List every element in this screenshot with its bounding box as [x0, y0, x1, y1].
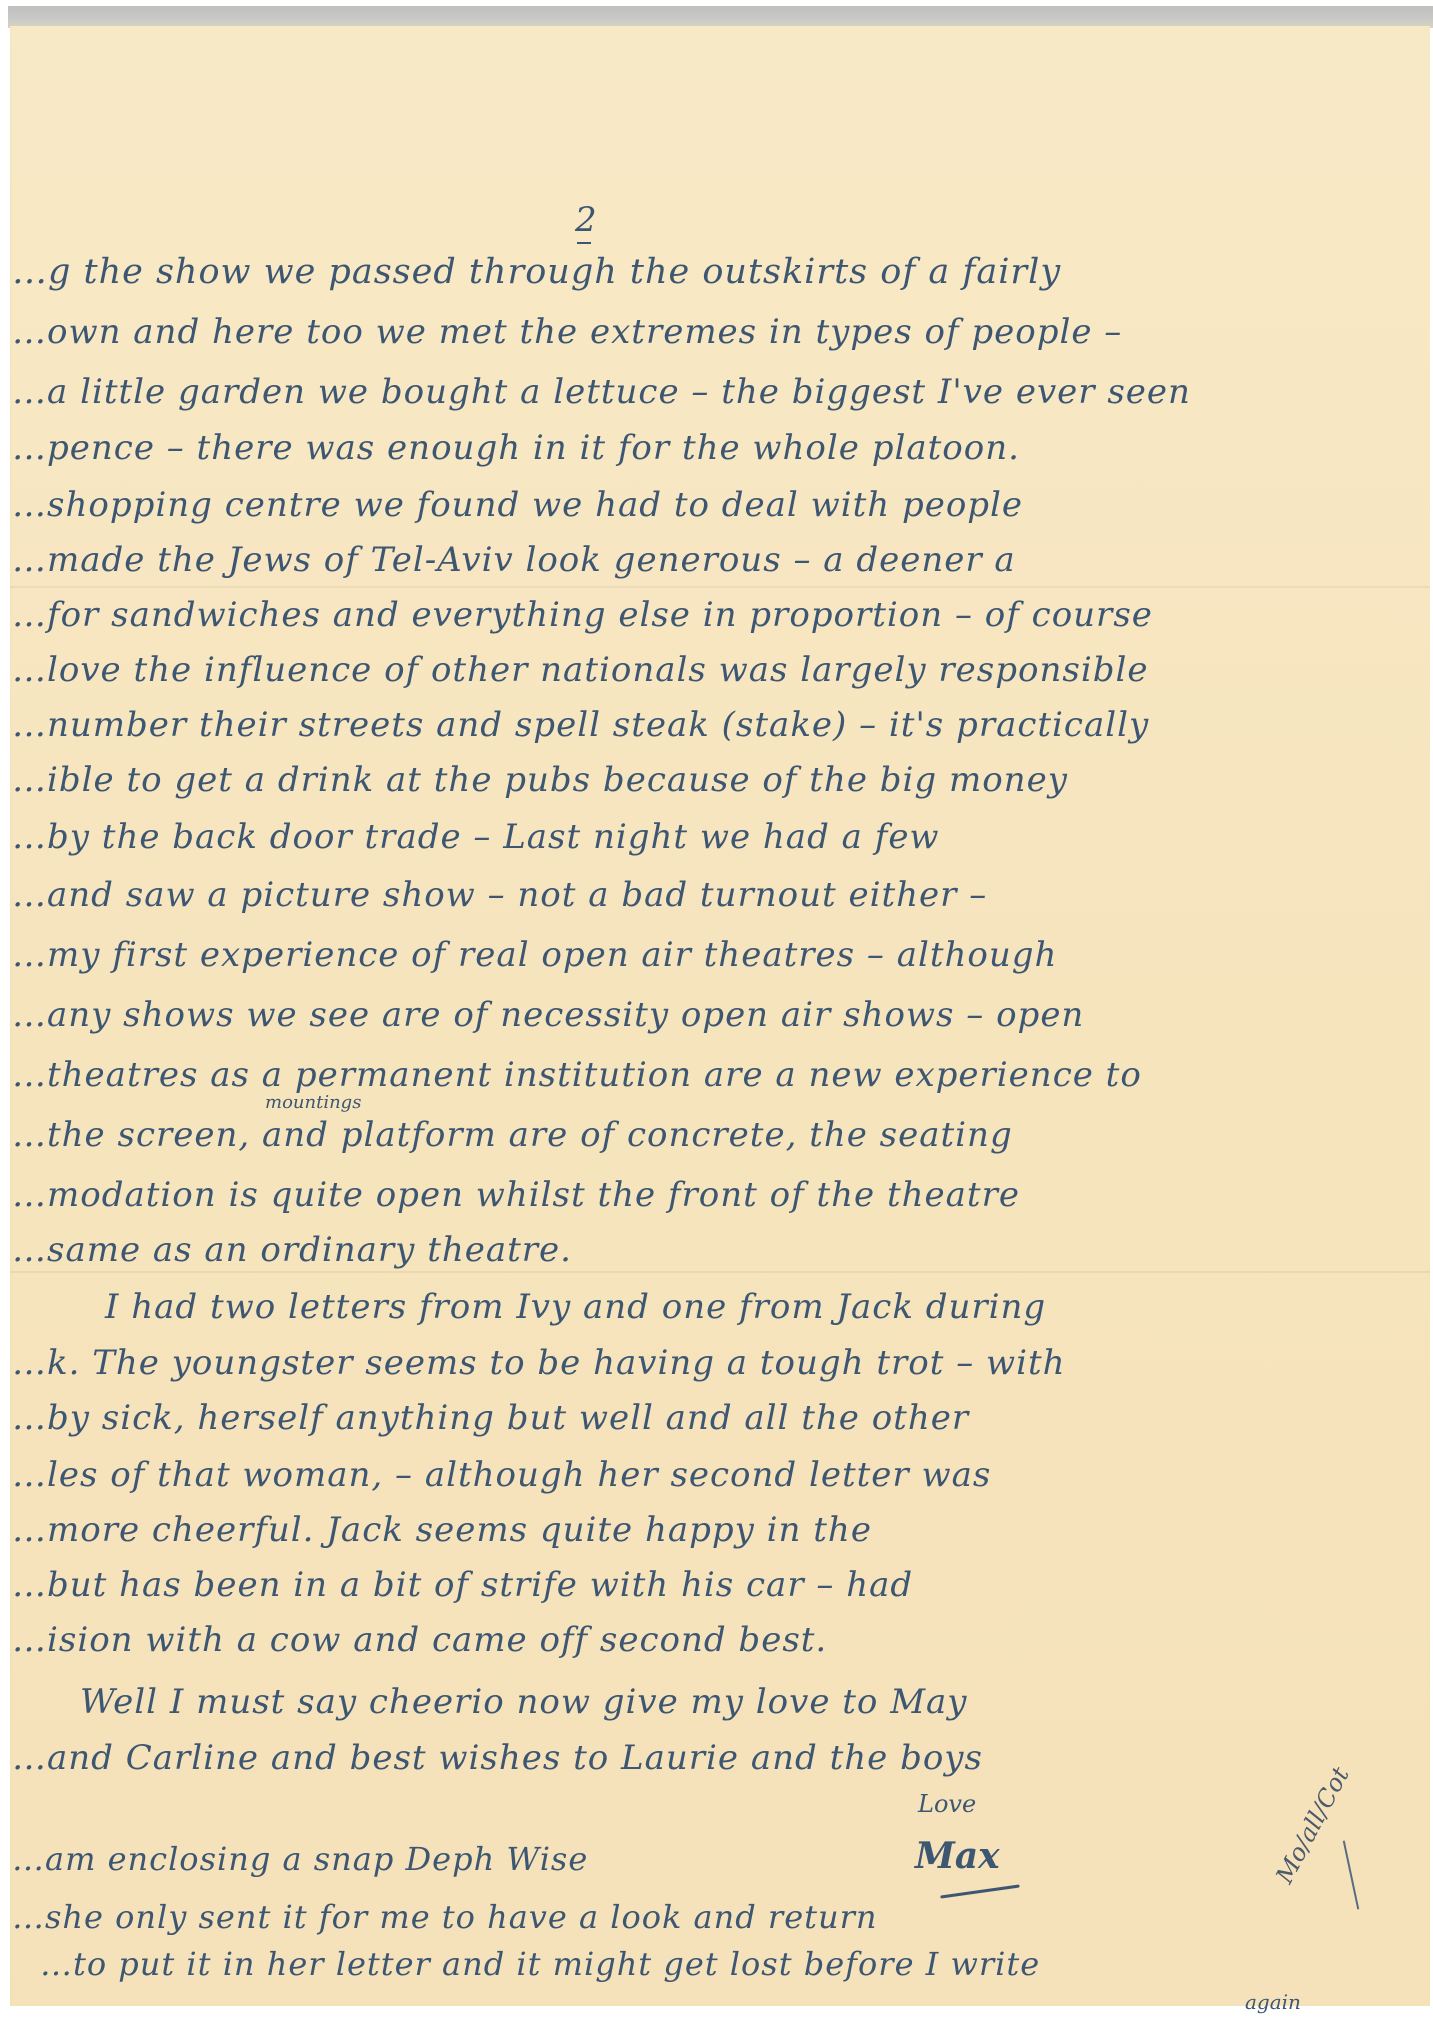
letter-line: …ible to get a drink at the pubs because… — [12, 760, 1068, 800]
letter-line: …made the Jews of Tel-Aviv look generous… — [12, 540, 1016, 580]
postscript-line: again — [1245, 1990, 1301, 2014]
letter-line: …for sandwiches and everything else in p… — [12, 595, 1153, 635]
letter-line: …ision with a cow and came off second be… — [12, 1620, 827, 1660]
letter-line: …any shows we see are of necessity open … — [12, 995, 1084, 1035]
letter-line: …the screen, and platform are of concret… — [12, 1115, 1013, 1155]
letter-line: …but has been in a bit of strife with hi… — [12, 1565, 913, 1605]
letter-line: …les of that woman, – although her secon… — [12, 1455, 991, 1495]
page-number: 2 — [575, 200, 597, 240]
letter-line: …same as an ordinary theatre. — [12, 1230, 572, 1270]
postscript-line: …she only sent it for me to have a look … — [12, 1898, 878, 1936]
letter-line: …pence – there was enough in it for the … — [12, 428, 1020, 468]
letter-line: …and Carline and best wishes to Laurie a… — [12, 1738, 983, 1778]
signature: Max — [915, 1835, 1000, 1877]
paper-fold — [10, 586, 1430, 588]
letter-line: …and saw a picture show – not a bad turn… — [12, 875, 987, 915]
letter-line: Well I must say cheerio now give my love… — [80, 1682, 968, 1722]
letter-line: …my first experience of real open air th… — [12, 935, 1057, 975]
letter-line: …k. The youngster seems to be having a t… — [12, 1343, 1066, 1383]
letter-line: …more cheerful. Jack seems quite happy i… — [12, 1510, 872, 1550]
letter-line: …modation is quite open whilst the front… — [12, 1175, 1020, 1215]
letter-line: …a little garden we bought a lettuce – t… — [12, 372, 1191, 412]
letter-line: …number their streets and spell steak (s… — [12, 705, 1149, 745]
postscript-line: …to put it in her letter and it might ge… — [40, 1945, 1040, 1983]
letter-line: …g the show we passed through the outski… — [12, 252, 1061, 292]
postscript-line: …am enclosing a snap Deph Wise — [12, 1840, 588, 1878]
letter-line: …theatres as a permanent institution are… — [12, 1055, 1142, 1095]
inserted-word: mountings — [265, 1092, 361, 1113]
paper-fold — [10, 1271, 1430, 1273]
closing: Love — [918, 1790, 976, 1818]
letter-line: …love the influence of other nationals w… — [12, 650, 1148, 690]
scanner-top-edge — [8, 6, 1433, 28]
letter-line: …by the back door trade – Last night we … — [12, 817, 940, 857]
letter-line: …shopping centre we found we had to deal… — [12, 485, 1023, 525]
letter-line: …by sick, herself anything but well and … — [12, 1398, 969, 1438]
letter-line: …own and here too we met the extremes in… — [12, 312, 1122, 352]
letter-line: I had two letters from Ivy and one from … — [105, 1287, 1046, 1327]
